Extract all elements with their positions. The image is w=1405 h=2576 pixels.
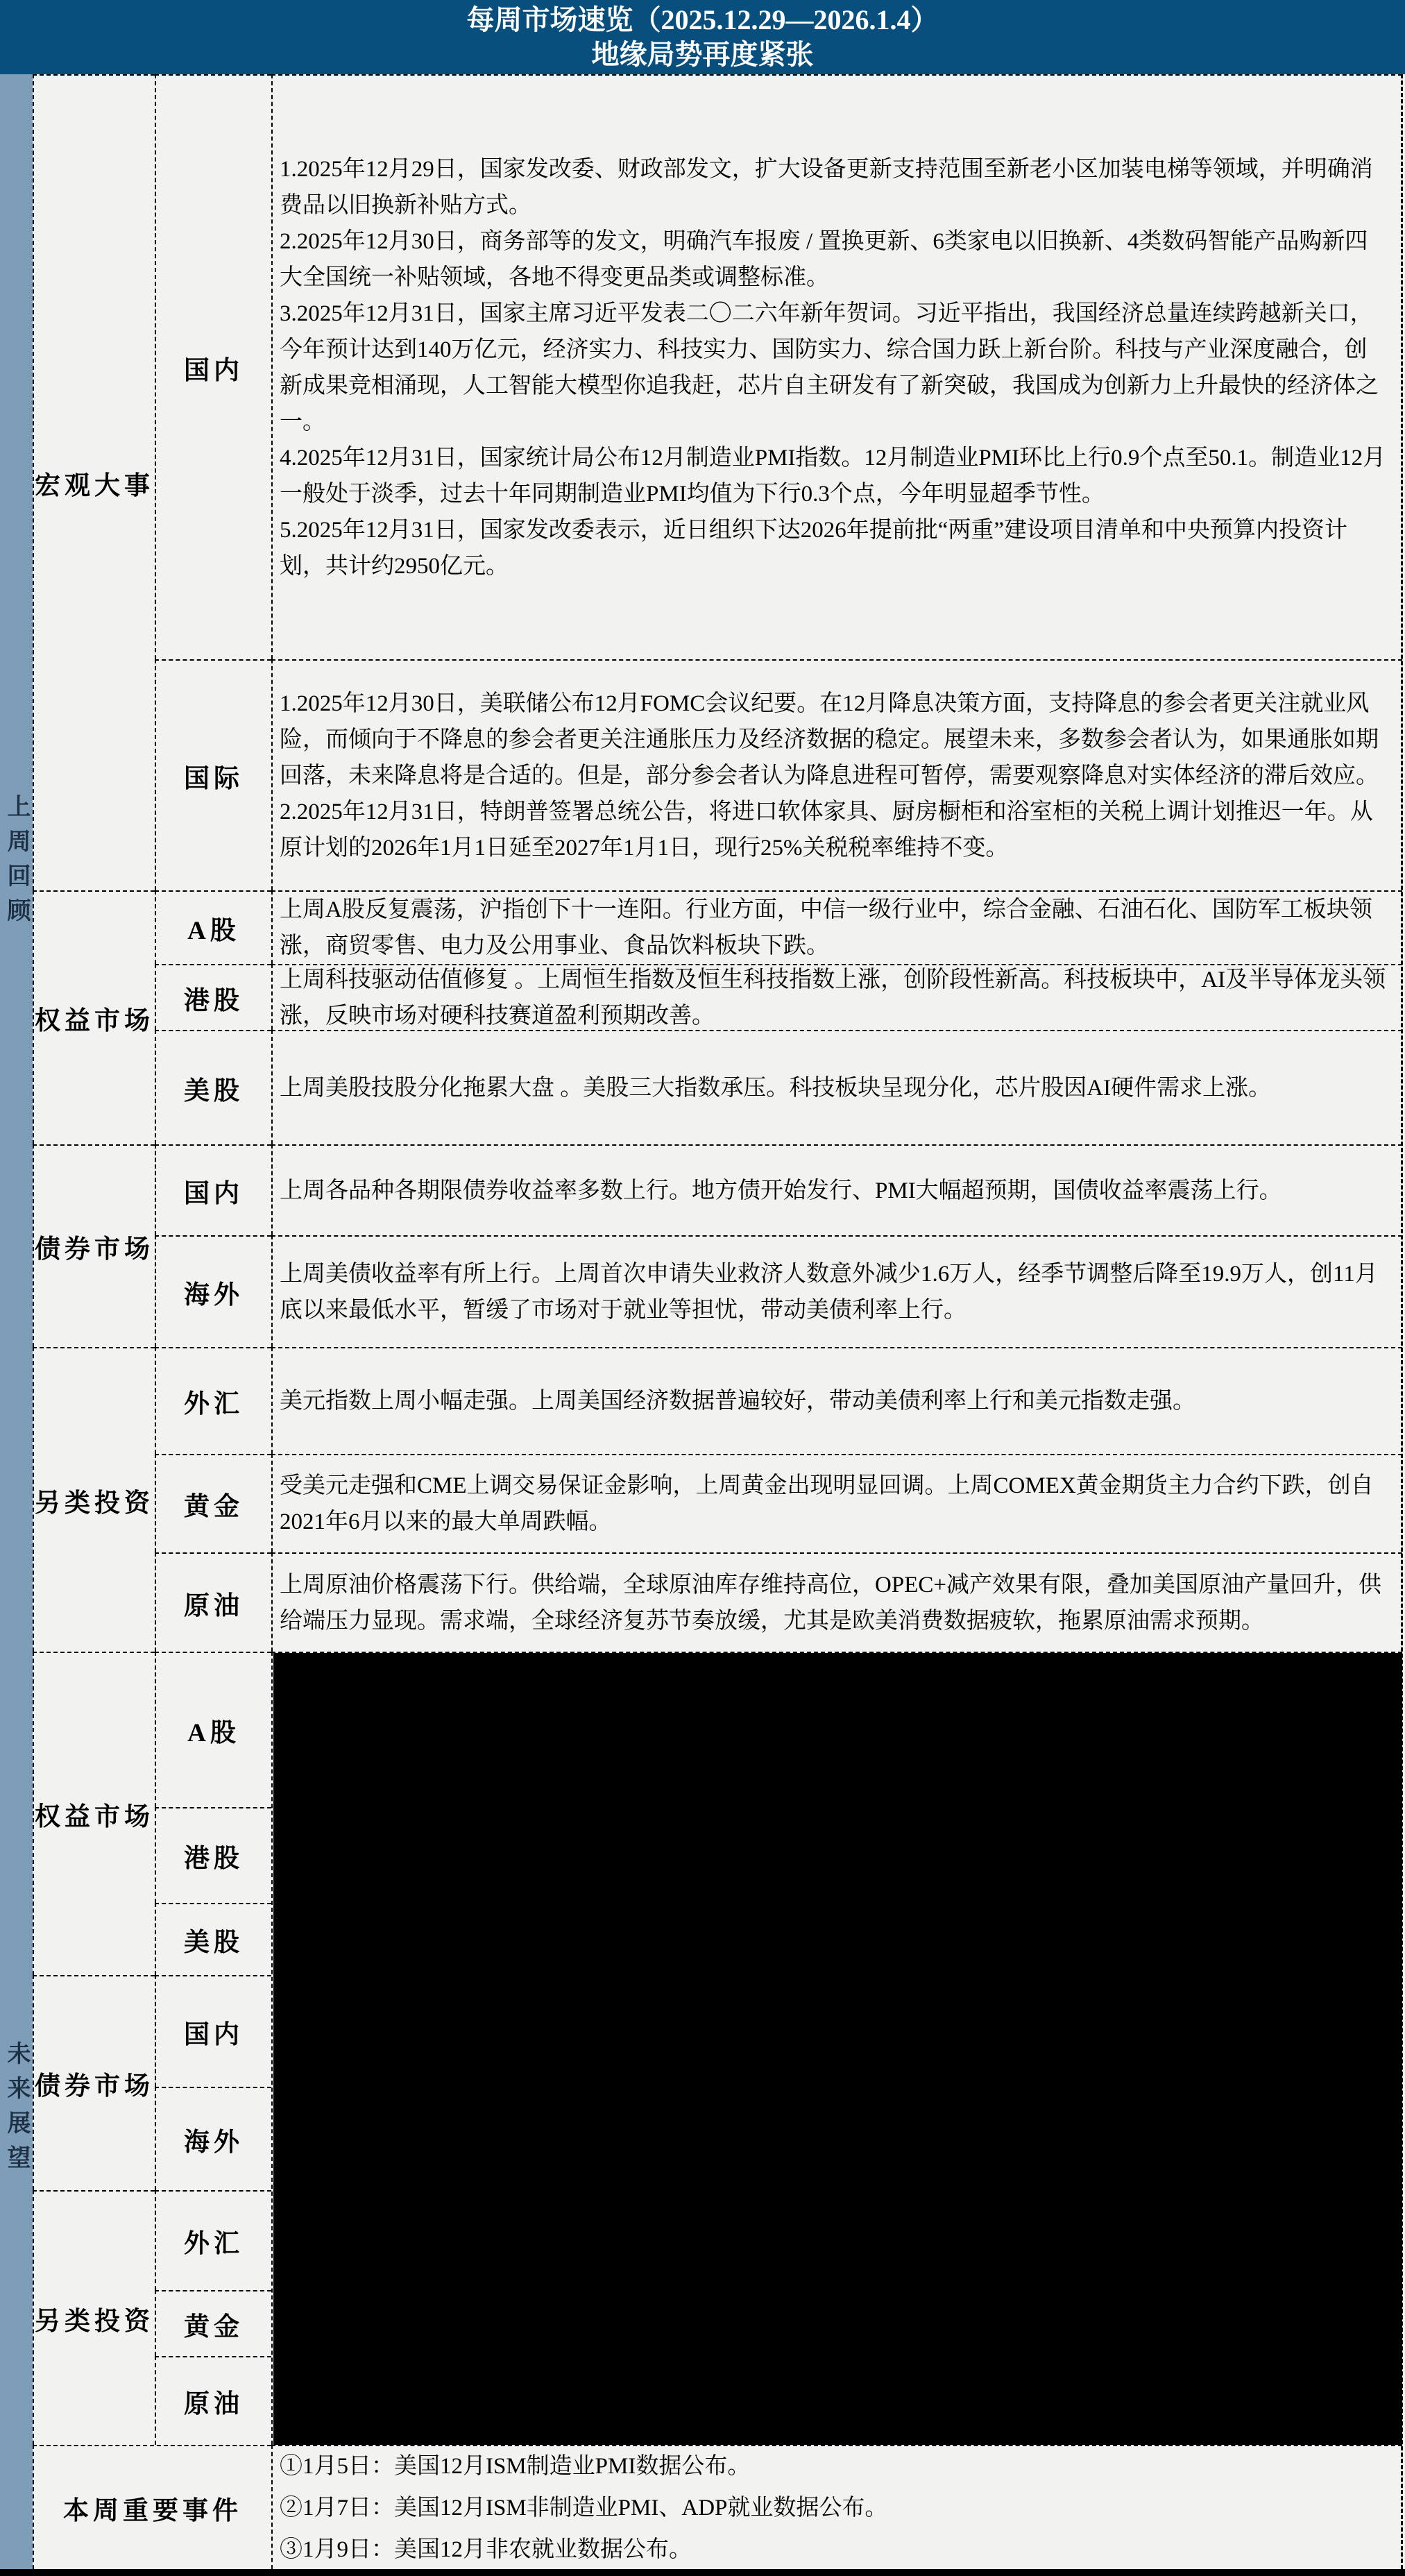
fx-text: 美元指数上周小幅走强。上周美国经济数据普遍较好，带动美债利率上行和美元指数走强。: [280, 1383, 1390, 1419]
sidebar-outlook-label: 未来展望: [0, 2041, 33, 2180]
outlook-subcategory-oil: 原油: [155, 2356, 271, 2445]
outlook-category-alt: 另类投资: [33, 2190, 155, 2445]
macro-domestic-item: 3.2025年12月31日，国家主席习近平发表二〇二六年新年贺词。习近平指出，我…: [280, 296, 1390, 440]
redacted-content-block: [273, 1653, 1402, 2445]
outlook-subcategory-us: 美股: [155, 1903, 271, 1975]
subcategory-gold: 黄金: [155, 1454, 271, 1552]
subcategory-oil: 原油: [155, 1552, 271, 1652]
subcategory-a-share-label: A股: [187, 909, 240, 947]
sidebar-last-week-label: 上周回顾: [0, 794, 33, 933]
outlook-subcategory-bond-domestic: 国内: [155, 1975, 271, 2087]
bond-domestic-text: 上周各品种各期限债券收益率多数上行。地方债开始发行、PMI大幅超预期，国债收益率…: [280, 1173, 1390, 1209]
outlook-subcategory-bond-overseas: 海外: [155, 2087, 271, 2190]
sidebar-last-week: 上周回顾: [0, 74, 33, 1652]
report-header: 每周市场速览（2025.12.29—2026.1.4） 地缘局势再度紧张: [0, 0, 1405, 74]
outlook-subcategory-fx: 外汇: [155, 2190, 271, 2290]
gold-content: 受美元走强和CME上调交易保证金影响，上周黄金出现明显回调。上周COMEX黄金期…: [271, 1454, 1402, 1552]
outlook-subcategory-gold-label: 黄金: [184, 2305, 244, 2343]
subcategory-bond-domestic-label: 国内: [184, 1172, 244, 1210]
table-right-border: [1401, 74, 1403, 2569]
outlook-subcategory-bond-domestic-label: 国内: [184, 2013, 244, 2051]
key-events-content: ①1月5日：美国12月ISM制造业PMI数据公布。 ②1月7日：美国12月ISM…: [271, 2445, 1402, 2569]
subcategory-macro-domestic-label: 国内: [184, 349, 244, 387]
subcategory-us-stock-label: 美股: [184, 1069, 244, 1107]
a-share-text: 上周A股反复震荡，沪指创下十一连阳。行业方面，中信一级行业中，综合金融、石油石化…: [280, 892, 1390, 964]
subcategory-macro-domestic: 国内: [155, 74, 271, 659]
a-share-content: 上周A股反复震荡，沪指创下十一连阳。行业方面，中信一级行业中，综合金融、石油石化…: [271, 890, 1402, 964]
outlook-category-bond-label: 债券市场: [35, 2065, 154, 2102]
us-stock-content: 上周美股技股分化拖累大盘 。美股三大指数承压。科技板块呈现分化，芯片股因AI硬件…: [271, 1030, 1402, 1144]
subcategory-fx: 外汇: [155, 1347, 271, 1454]
macro-international-content: 1.2025年12月30日，美联储公布12月FOMC会议纪要。在12月降息决策方…: [271, 659, 1402, 890]
subcategory-us-stock: 美股: [155, 1030, 271, 1144]
macro-domestic-item: 2.2025年12月30日，商务部等的发文，明确汽车报废 / 置换更新、6类家电…: [280, 223, 1390, 296]
oil-content: 上周原油价格震荡下行。供给端，全球原油库存维持高位，OPEC+减产效果有限，叠加…: [271, 1552, 1402, 1652]
outlook-subcategory-gold: 黄金: [155, 2290, 271, 2356]
hk-stock-text: 上周科技驱动估值修复 。上周恒生指数及恒生科技指数上涨，创阶段性新高。科技板块中…: [280, 962, 1390, 1034]
key-event-item: ②1月7日：美国12月ISM非制造业PMI、ADP就业数据公布。: [280, 2487, 1390, 2529]
outlook-subcategory-a-share: A股: [155, 1652, 271, 1807]
weekly-market-report: 每周市场速览（2025.12.29—2026.1.4） 地缘局势再度紧张 上周回…: [0, 0, 1405, 2576]
category-macro-events-label: 宏观大事: [35, 464, 154, 502]
macro-international-item: 1.2025年12月30日，美联储公布12月FOMC会议纪要。在12月降息决策方…: [280, 686, 1390, 794]
category-key-events: 本周重要事件: [33, 2445, 271, 2569]
subcategory-a-share: A股: [155, 890, 271, 964]
outlook-subcategory-hk: 港股: [155, 1807, 271, 1903]
table-bottom-border: [0, 2569, 1405, 2576]
macro-domestic-content: 1.2025年12月29日，国家发改委、财政部发文，扩大设备更新支持范围至新老小…: [271, 74, 1402, 659]
fx-content: 美元指数上周小幅走强。上周美国经济数据普遍较好，带动美债利率上行和美元指数走强。: [271, 1347, 1402, 1454]
subcategory-hk-stock: 港股: [155, 964, 271, 1030]
subcategory-gold-label: 黄金: [184, 1485, 244, 1523]
subcategory-macro-international: 国际: [155, 659, 271, 890]
subcategory-fx-label: 外汇: [184, 1382, 244, 1420]
oil-text: 上周原油价格震荡下行。供给端，全球原油库存维持高位，OPEC+减产效果有限，叠加…: [280, 1567, 1390, 1639]
macro-international-item: 2.2025年12月31日，特朗普签署总统公告，将进口软体家具、厨房橱柜和浴室柜…: [280, 794, 1390, 866]
category-key-events-label: 本周重要事件: [63, 2489, 242, 2527]
subcategory-hk-stock-label: 港股: [184, 979, 244, 1017]
report-subtitle: 地缘局势再度紧张: [592, 37, 814, 72]
outlook-subcategory-oil-label: 原油: [184, 2382, 244, 2420]
macro-domestic-item: 4.2025年12月31日，国家统计局公布12月制造业PMI指数。12月制造业P…: [280, 440, 1390, 512]
outlook-subcategory-hk-label: 港股: [184, 1837, 244, 1874]
category-bond-market: 债券市场: [33, 1144, 155, 1347]
bond-domestic-content: 上周各品种各期限债券收益率多数上行。地方债开始发行、PMI大幅超预期，国债收益率…: [271, 1144, 1402, 1235]
outlook-subcategory-fx-label: 外汇: [184, 2222, 244, 2260]
category-alternative-investment: 另类投资: [33, 1347, 155, 1652]
subcategory-bond-domestic: 国内: [155, 1144, 271, 1235]
subcategory-bond-overseas: 海外: [155, 1235, 271, 1347]
outlook-subcategory-a-share-label: A股: [187, 1711, 240, 1749]
category-alternative-investment-label: 另类投资: [35, 1482, 154, 1519]
category-equity-market: 权益市场: [33, 890, 155, 1144]
subcategory-bond-overseas-label: 海外: [184, 1273, 244, 1311]
macro-domestic-item: 5.2025年12月31日，国家发改委表示，近日组织下达2026年提前批“两重”…: [280, 512, 1390, 584]
bond-overseas-text: 上周美债收益率有所上行。上周首次申请失业救济人数意外减少1.6万人，经季节调整后…: [280, 1256, 1390, 1328]
outlook-category-equity: 权益市场: [33, 1652, 155, 1975]
subcategory-macro-international-label: 国际: [184, 757, 244, 795]
outlook-category-bond: 债券市场: [33, 1975, 155, 2190]
subcategory-oil-label: 原油: [184, 1584, 244, 1622]
sidebar-outlook: 未来展望: [0, 1652, 33, 2569]
key-event-item: ③1月9日：美国12月非农就业数据公布。: [280, 2529, 1390, 2570]
hk-stock-content: 上周科技驱动估值修复 。上周恒生指数及恒生科技指数上涨，创阶段性新高。科技板块中…: [271, 964, 1402, 1030]
category-macro-events: 宏观大事: [33, 74, 155, 890]
outlook-category-equity-label: 权益市场: [35, 1795, 154, 1833]
category-bond-market-label: 债券市场: [35, 1228, 154, 1265]
outlook-category-alt-label: 另类投资: [35, 2300, 154, 2337]
outlook-subcategory-bond-overseas-label: 海外: [184, 2121, 244, 2158]
us-stock-text: 上周美股技股分化拖累大盘 。美股三大指数承压。科技板块呈现分化，芯片股因AI硬件…: [280, 1070, 1390, 1106]
report-title: 每周市场速览（2025.12.29—2026.1.4）: [467, 3, 939, 37]
outlook-subcategory-us-label: 美股: [184, 1921, 244, 1958]
bond-overseas-content: 上周美债收益率有所上行。上周首次申请失业救济人数意外减少1.6万人，经季节调整后…: [271, 1235, 1402, 1347]
macro-domestic-item: 1.2025年12月29日，国家发改委、财政部发文，扩大设备更新支持范围至新老小…: [280, 151, 1390, 223]
gold-text: 受美元走强和CME上调交易保证金影响，上周黄金出现明显回调。上周COMEX黄金期…: [280, 1468, 1390, 1540]
category-equity-market-label: 权益市场: [35, 999, 154, 1037]
key-event-item: ①1月5日：美国12月ISM制造业PMI数据公布。: [280, 2446, 1390, 2487]
